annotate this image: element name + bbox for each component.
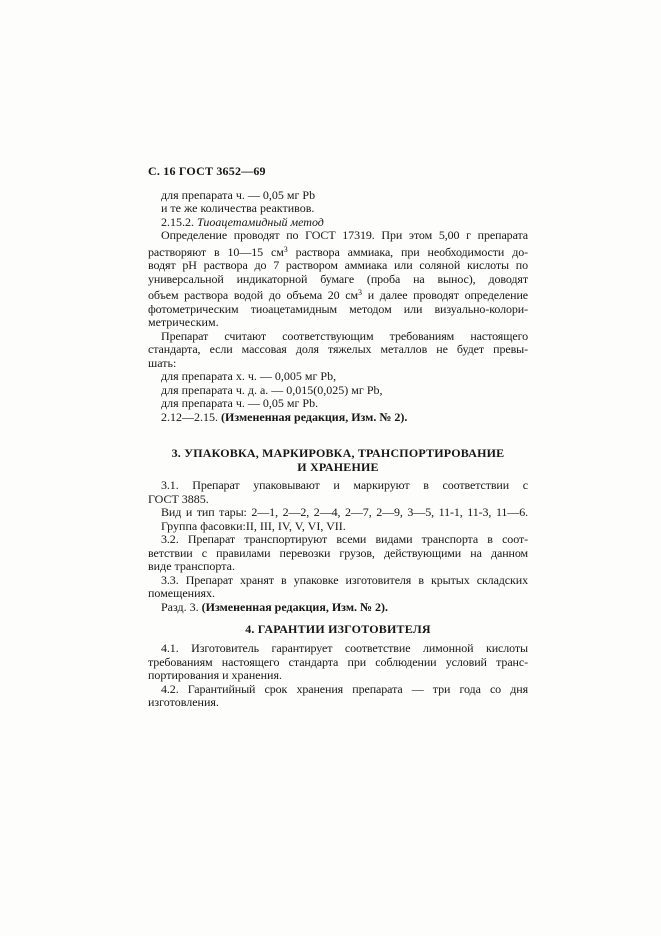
text-segment: фотометрическим тиоацетамидным методом и… [148, 302, 528, 316]
text-segment: виде транспорта. [148, 559, 235, 573]
clause-3-1-line: 3.1. Препарат упаковывают и маркируют в … [148, 479, 528, 493]
text-segment: Группа фасовки:II, III, IV, V, VI, VII. [161, 519, 346, 533]
packing-group-line: Группа фасовки:II, III, IV, V, VI, VII. [148, 520, 528, 534]
clause-3-3-line: помещениях. [148, 587, 528, 601]
text-segment: помещениях. [148, 586, 215, 600]
list-line-pb-ch: для препарата ч. — 0,05 мг Pb [148, 189, 528, 203]
text-segment: шать: [148, 356, 176, 370]
text-segment: 3.1. Препарат упаковывают и маркируют в … [161, 478, 528, 492]
clause-4-1-line: 4.1. Изготовитель гарантирует соответств… [148, 642, 528, 656]
text-segment: универсальной индикаторной бумаге (проба… [148, 272, 528, 286]
clause-3-3-line: 3.3. Препарат хранят в упаковке изготови… [148, 574, 528, 588]
text-segment: (Измененная редакция, Изм. № 2). [221, 410, 407, 424]
text-segment: Определение проводят по ГОСТ 17319. При … [161, 228, 528, 242]
paragraph-line: Определение проводят по ГОСТ 17319. При … [148, 229, 528, 243]
text-segment: для препарата ч. — 0,05 мг Pb [161, 188, 315, 202]
text-segment: Вид и тип тары: 2—1, 2—2, 2—4, 2—7, 2—9,… [161, 505, 528, 519]
paragraph-line: Препарат считают соответствующим требова… [148, 330, 528, 344]
text-column: С. 16 ГОСТ 3652—69 для препарата ч. — 0,… [148, 165, 528, 710]
text-segment: изготовления. [148, 695, 219, 709]
text-segment: для препарата ч. — 0,05 мг Pb. [161, 396, 318, 410]
paragraph-line: фотометрическим тиоацетамидным методом и… [148, 303, 528, 317]
text-segment: ГОСТ 3885. [148, 492, 209, 506]
text-segment: 3.2. Препарат транспортируют всеми видам… [161, 532, 528, 546]
text-segment: 2.15.2. [161, 215, 197, 229]
clause-3-2-line: ветствии с правилами перевозки грузов, д… [148, 547, 528, 561]
paragraph-line: растворяют в 10—15 см3 раствора аммиака,… [148, 243, 528, 260]
container-types-line: Вид и тип тары: 2—1, 2—2, 2—4, 2—7, 2—9,… [148, 506, 528, 520]
text-segment: стандарта, если массовая доля тяжелых ме… [148, 342, 528, 356]
text-segment: 3.3. Препарат хранят в упаковке изготови… [161, 573, 528, 587]
list-line-pb-chda: для препарата ч. д. а. — 0,015(0,025) мг… [148, 384, 528, 398]
text-segment: 4.1. Изготовитель гарантирует соответств… [161, 641, 528, 655]
paragraph-line: шать: [148, 357, 528, 371]
list-line-pb-hch: для препарата х. ч. — 0,005 мг Pb, [148, 370, 528, 384]
spacer [148, 614, 528, 622]
text-segment: и те же количества реактивов. [161, 201, 314, 215]
text-segment: 2.12—2.15. [161, 410, 221, 424]
clause-3-2-line: 3.2. Препарат транспортируют всеми видам… [148, 533, 528, 547]
text-segment: для препарата ч. д. а. — 0,015(0,025) мг… [161, 383, 383, 397]
section-3-heading-line-1: 3. УПАКОВКА, МАРКИРОВКА, ТРАНСПОРТИРОВАН… [148, 446, 528, 460]
clause-3-2-line: виде транспорта. [148, 560, 528, 574]
list-line-pb-ch2: для препарата ч. — 0,05 мг Pb. [148, 397, 528, 411]
text-segment: ветствии с правилами перевозки грузов, д… [148, 546, 528, 560]
text-segment: 4. ГАРАНТИИ ИЗГОТОВИТЕЛЯ [245, 622, 431, 636]
text-segment: для препарата х. ч. — 0,005 мг Pb, [161, 369, 336, 383]
clause-4-2-line: изготовления. [148, 696, 528, 710]
document-page: С. 16 ГОСТ 3652—69 для препарата ч. — 0,… [0, 0, 661, 936]
text-segment: растворяют в 10—15 см [148, 245, 284, 259]
text-segment: раствора аммиака, при необходимости до- [288, 245, 528, 259]
section-3-heading-line-2: И ХРАНЕНИЕ [148, 460, 528, 474]
text-segment: 4.2. Гарантийный срок хранения препарата… [161, 682, 528, 696]
paragraph-line: стандарта, если массовая доля тяжелых ме… [148, 343, 528, 357]
text-segment: портирования и хранения. [148, 668, 282, 682]
clause-2-15-2-title: 2.15.2. Тиоацетамидный метод [148, 216, 528, 230]
document-blocks: для препарата ч. — 0,05 мг Pbи те же кол… [148, 179, 528, 710]
text-segment: требованиям настоящего стандарта при соб… [148, 655, 528, 669]
clause-4-1-line: портирования и хранения. [148, 669, 528, 683]
clause-3-1-line: ГОСТ 3885. [148, 493, 528, 507]
paragraph-line: объем раствора водой до объема 20 см3 и … [148, 286, 528, 303]
text-segment: Разд. 3. [161, 600, 202, 614]
text-segment: водят pH раствора до 7 раствором аммиака… [148, 258, 528, 272]
paragraph-line: водят pH раствора до 7 раствором аммиака… [148, 259, 528, 273]
text-segment: Препарат считают соответствующим требова… [161, 329, 528, 343]
paragraph-line: метрическим. [148, 316, 528, 330]
text-segment: Тиоацетамидный метод [197, 215, 324, 229]
text-segment: и далее проводят определение [362, 288, 528, 302]
text-segment: (Измененная редакция, Изм. № 2). [202, 600, 388, 614]
clause-4-1-line: требованиям настоящего стандарта при соб… [148, 656, 528, 670]
paragraph-line: универсальной индикаторной бумаге (проба… [148, 273, 528, 287]
revision-note-2-12: 2.12—2.15. (Измененная редакция, Изм. № … [148, 411, 528, 425]
text-segment: метрическим. [148, 315, 219, 329]
text-segment: И ХРАНЕНИЕ [297, 460, 378, 474]
section-4-heading: 4. ГАРАНТИИ ИЗГОТОВИТЕЛЯ [148, 622, 528, 636]
text-segment: 3. УПАКОВКА, МАРКИРОВКА, ТРАНСПОРТИРОВАН… [172, 446, 505, 460]
clause-4-2-line: 4.2. Гарантийный срок хранения препарата… [148, 683, 528, 697]
text-segment: объем раствора водой до объема 20 см [148, 288, 358, 302]
list-line-reagents: и те же количества реактивов. [148, 202, 528, 216]
revision-note-section-3: Разд. 3. (Измененная редакция, Изм. № 2)… [148, 601, 528, 615]
page-header: С. 16 ГОСТ 3652—69 [148, 165, 528, 179]
spacer [148, 424, 528, 446]
